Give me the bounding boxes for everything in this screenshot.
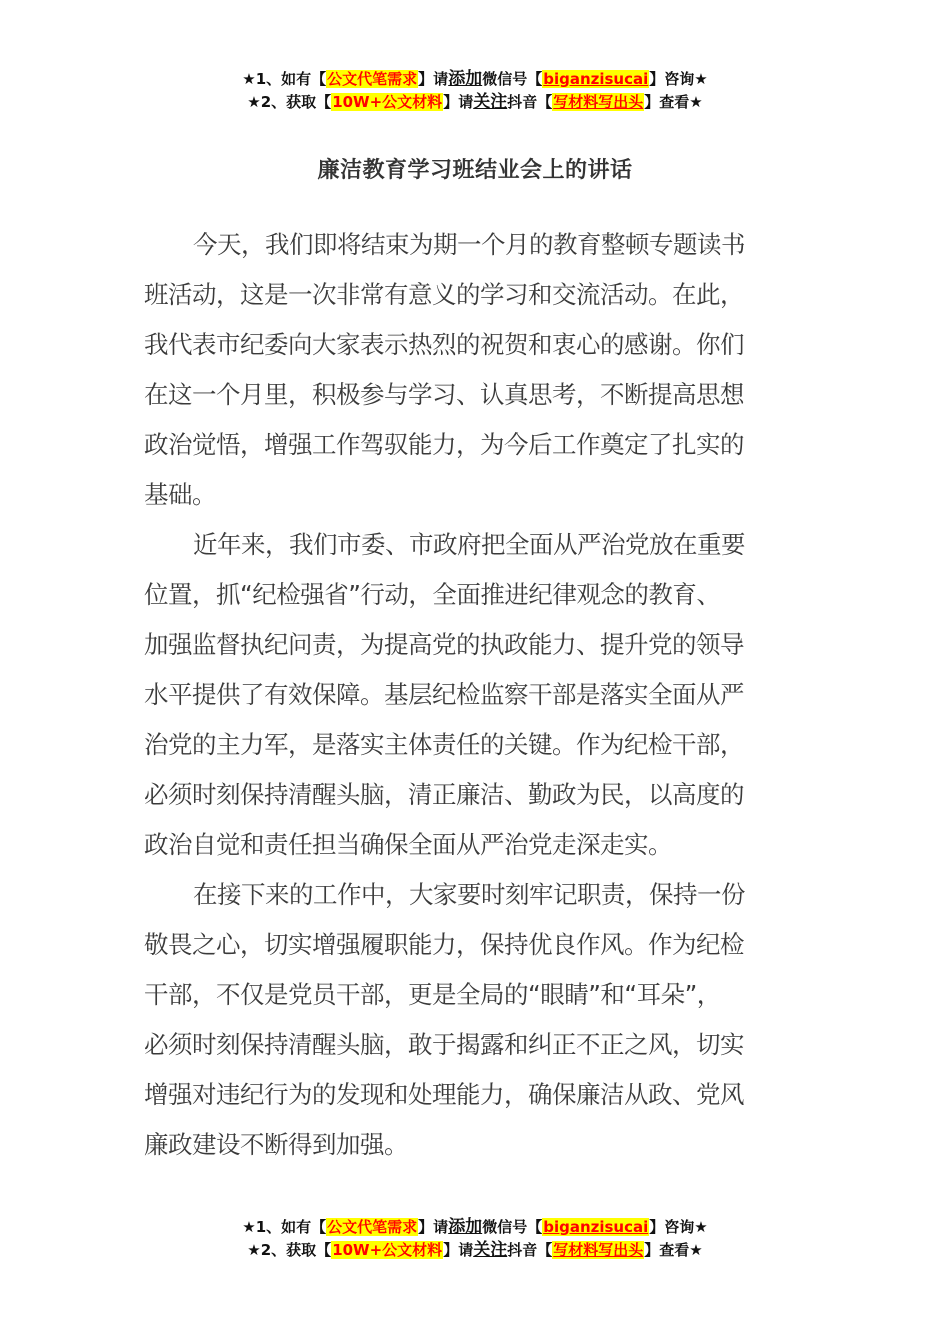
banner-text: ★2、获取【 [247, 93, 331, 111]
banner-text: 】查看★ [644, 93, 702, 111]
banner-text: 】请 [418, 1218, 448, 1236]
banner-text: 】请 [443, 1241, 473, 1259]
paragraph-3: 在接下来的工作中，大家要时刻牢记职责，保持一份 敬畏之心，切实增强履职能力，保持… [144, 870, 804, 1170]
text-line: 敬畏之心，切实增强履职能力，保持优良作风。作为纪检 [144, 920, 804, 970]
text-line: 位置，抓“纪检强省”行动，全面推进纪律观念的教育、 [144, 570, 804, 620]
text-line: 加强监督执纪问责，为提高党的执政能力、提升党的领导 [144, 620, 804, 670]
document-page: ★1、如有【公文代笔需求】请添加微信号【biganzisucai】咨询★ ★2、… [0, 0, 950, 1344]
highlight-materials: 10W+公文材料 [331, 1241, 443, 1259]
banner-line-2: ★2、获取【10W+公文材料】请关注抖音【写材料写出头】查看★ [0, 1239, 950, 1262]
highlight-douyin-id: 写材料写出头 [552, 1241, 644, 1259]
banner-text: ★2、获取【 [247, 1241, 331, 1259]
text-line: 增强对违纪行为的发现和处理能力，确保廉洁从政、党风 [144, 1070, 804, 1120]
text-line: 今天，我们即将结束为期一个月的教育整顿专题读书 [144, 220, 804, 270]
banner-text: 】查看★ [644, 1241, 702, 1259]
highlight-wechat-id: biganzisucai [542, 1218, 649, 1236]
banner-text: 抖音【 [507, 1241, 552, 1259]
text-line: 基础。 [144, 470, 804, 520]
text-line: 政治觉悟，增强工作驾驭能力，为今后工作奠定了扎实的 [144, 420, 804, 470]
text-line: 治党的主力军，是落实主体责任的关键。作为纪检干部， [144, 720, 804, 770]
text-line: 班活动，这是一次非常有意义的学习和交流活动。在此， [144, 270, 804, 320]
text-line: 廉政建设不断得到加强。 [144, 1120, 804, 1170]
highlight-douyin-id: 写材料写出头 [552, 93, 644, 111]
banner-line-1: ★1、如有【公文代笔需求】请添加微信号【biganzisucai】咨询★ [0, 68, 950, 91]
banner-text: 】咨询★ [649, 70, 707, 88]
text-line: 近年来，我们市委、市政府把全面从严治党放在重要 [144, 520, 804, 570]
highlight-service: 公文代笔需求 [326, 1218, 418, 1236]
banner-text: 微信号【 [482, 70, 542, 88]
banner-line-2: ★2、获取【10W+公文材料】请关注抖音【写材料写出头】查看★ [0, 91, 950, 114]
text-line: 必须时刻保持清醒头脑，敢于揭露和纠正不正之风，切实 [144, 1020, 804, 1070]
banner-text: 抖音【 [507, 93, 552, 111]
highlight-service: 公文代笔需求 [326, 70, 418, 88]
text-line: 我代表市纪委向大家表示热烈的祝贺和衷心的感谢。你们 [144, 320, 804, 370]
emphasis-add: 添加 [448, 69, 482, 89]
banner-text: ★1、如有【 [242, 1218, 326, 1236]
document-body: 今天，我们即将结束为期一个月的教育整顿专题读书 班活动，这是一次非常有意义的学习… [144, 220, 804, 1170]
text-line: 必须时刻保持清醒头脑，清正廉洁、勤政为民，以高度的 [144, 770, 804, 820]
text-line: 干部，不仅是党员干部，更是全局的“眼睛”和“耳朵”， [144, 970, 804, 1020]
emphasis-follow: 关注 [473, 92, 507, 112]
highlight-materials: 10W+公文材料 [331, 93, 443, 111]
banner-text: ★1、如有【 [242, 70, 326, 88]
highlight-wechat-id: biganzisucai [542, 70, 649, 88]
emphasis-add: 添加 [448, 1217, 482, 1237]
banner-text: 】咨询★ [649, 1218, 707, 1236]
banner-text: 】请 [443, 93, 473, 111]
text-line: 水平提供了有效保障。基层纪检监察干部是落实全面从严 [144, 670, 804, 720]
paragraph-2: 近年来，我们市委、市政府把全面从严治党放在重要 位置，抓“纪检强省”行动，全面推… [144, 520, 804, 870]
header-banner: ★1、如有【公文代笔需求】请添加微信号【biganzisucai】咨询★ ★2、… [0, 68, 950, 114]
text-line: 政治自觉和责任担当确保全面从严治党走深走实。 [144, 820, 804, 870]
banner-text: 微信号【 [482, 1218, 542, 1236]
text-line: 在这一个月里，积极参与学习、认真思考，不断提高思想 [144, 370, 804, 420]
footer-banner: ★1、如有【公文代笔需求】请添加微信号【biganzisucai】咨询★ ★2、… [0, 1216, 950, 1262]
banner-text: 】请 [418, 70, 448, 88]
paragraph-1: 今天，我们即将结束为期一个月的教育整顿专题读书 班活动，这是一次非常有意义的学习… [144, 220, 804, 520]
banner-line-1: ★1、如有【公文代笔需求】请添加微信号【biganzisucai】咨询★ [0, 1216, 950, 1239]
text-line: 在接下来的工作中，大家要时刻牢记职责，保持一份 [144, 870, 804, 920]
emphasis-follow: 关注 [473, 1240, 507, 1260]
document-title: 廉洁教育学习班结业会上的讲话 [0, 153, 950, 184]
